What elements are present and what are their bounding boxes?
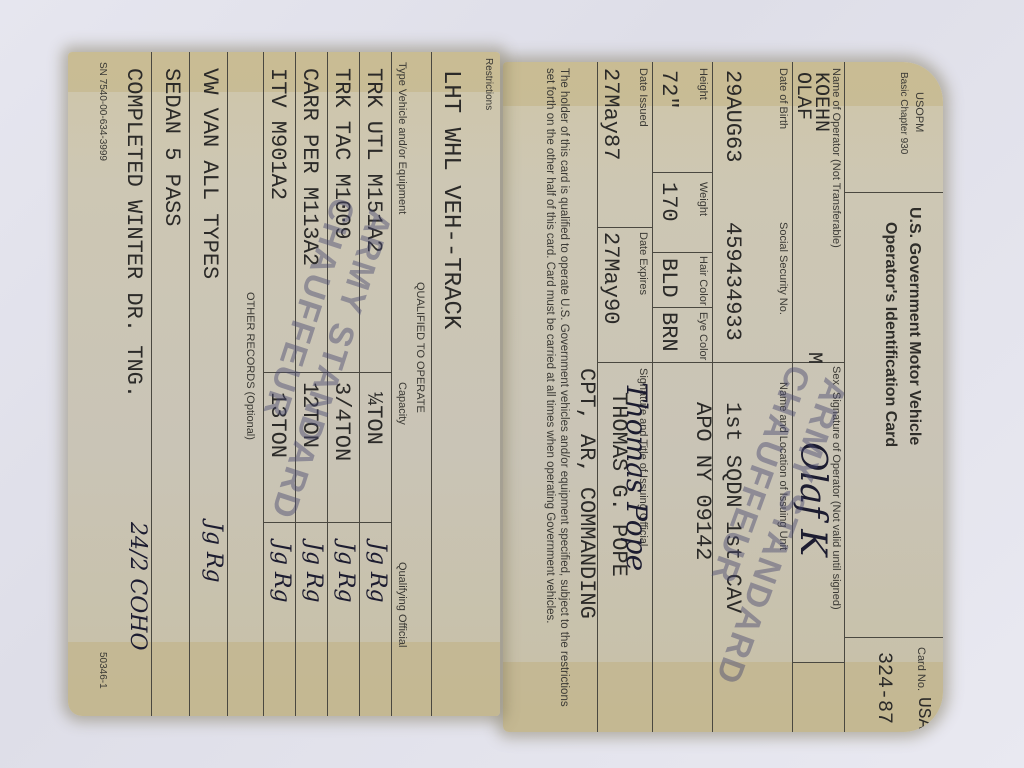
ssn: 459434933 <box>720 222 745 341</box>
restrictions-value: LHT WHL VEH--TRACK <box>437 70 464 329</box>
hair-label: Hair Color <box>697 256 709 306</box>
record-official-signature: 24/2 COHO <box>125 522 150 651</box>
form-chapter: Basic Chapter 930 <box>898 72 909 154</box>
qualifying-official-signature: Jg Rg <box>365 542 390 603</box>
dob-label: Date of Birth <box>777 68 789 129</box>
card-title-line2: Operator's Identification Card <box>881 222 899 447</box>
issued-label: Date Issued <box>637 68 649 127</box>
weight: 170 <box>656 182 681 222</box>
eye-label: Eye Color <box>697 312 709 360</box>
vehicle-capacity: ¼TON <box>361 392 386 445</box>
issuing-unit-line2: APO NY 09142 <box>690 402 715 560</box>
card-no-label: Card No. <box>915 647 927 691</box>
official-signature: Thomas Pope <box>620 382 653 571</box>
height: 72" <box>656 70 681 110</box>
operator-sex: M <box>802 352 825 364</box>
card-no-prefix: USA <box>913 697 933 729</box>
stock-number: SN 7540-00-634-3999 <box>97 62 108 161</box>
date-of-birth: 29AUG63 <box>720 70 745 162</box>
card-number: 324-87 <box>872 652 895 724</box>
record-text: VW VAN ALL TYPES <box>197 68 222 279</box>
operator-first-name: OLAF <box>793 72 811 120</box>
legal-notice: The holder of this card is qualified to … <box>543 68 571 718</box>
card-back-content: Restrictions LHT WHL VEH--TRACK QUALIFIE… <box>68 52 500 716</box>
list-item: SEDAN 5 PASS <box>152 52 190 716</box>
official-title: CPT, AR, COMMANDING <box>574 368 599 619</box>
qualifying-official-signature: Jg Rg <box>301 542 326 603</box>
date-issued: 27May87 <box>598 68 623 160</box>
hair-color: BLD <box>656 258 681 298</box>
record-text: COMPLETED WINTER DR. TNG. <box>121 68 146 398</box>
id-card-front: USOPM Basic Chapter 930 U.S. Government … <box>503 62 943 732</box>
height-label: Height <box>697 68 709 100</box>
ssn-label: Social Security No. <box>777 222 789 315</box>
list-item: COMPLETED WINTER DR. TNG. 24/2 COHO <box>114 52 152 716</box>
restrictions-label: Restrictions <box>483 58 494 110</box>
eye-color: BRN <box>656 312 681 352</box>
column-type-header: Type Vehicle and/or Equipment <box>396 62 408 214</box>
qualified-label: QUALIFIED TO OPERATE <box>414 282 426 413</box>
qualifying-official-signature: Jg Rg <box>333 542 358 603</box>
form-authority: USOPM <box>913 92 925 132</box>
id-card-back: Restrictions LHT WHL VEH--TRACK QUALIFIE… <box>68 52 500 716</box>
record-text: SEDAN 5 PASS <box>159 68 184 226</box>
vehicle-type: ITV M901A2 <box>265 68 290 200</box>
column-capacity-header: Capacity <box>396 382 408 425</box>
column-official-header: Qualifying Official <box>396 562 408 647</box>
card-title-line1: U.S. Government Motor Vehicle <box>905 207 923 445</box>
date-expires: 27May90 <box>598 232 623 324</box>
card-front-content: USOPM Basic Chapter 930 U.S. Government … <box>503 62 943 732</box>
weight-label: Weight <box>697 182 709 216</box>
form-number: 50346-1 <box>97 652 108 689</box>
table-row: TRK UTL M151A2 ¼TON Jg Rg <box>358 52 390 716</box>
expires-label: Date Expires <box>637 232 649 295</box>
